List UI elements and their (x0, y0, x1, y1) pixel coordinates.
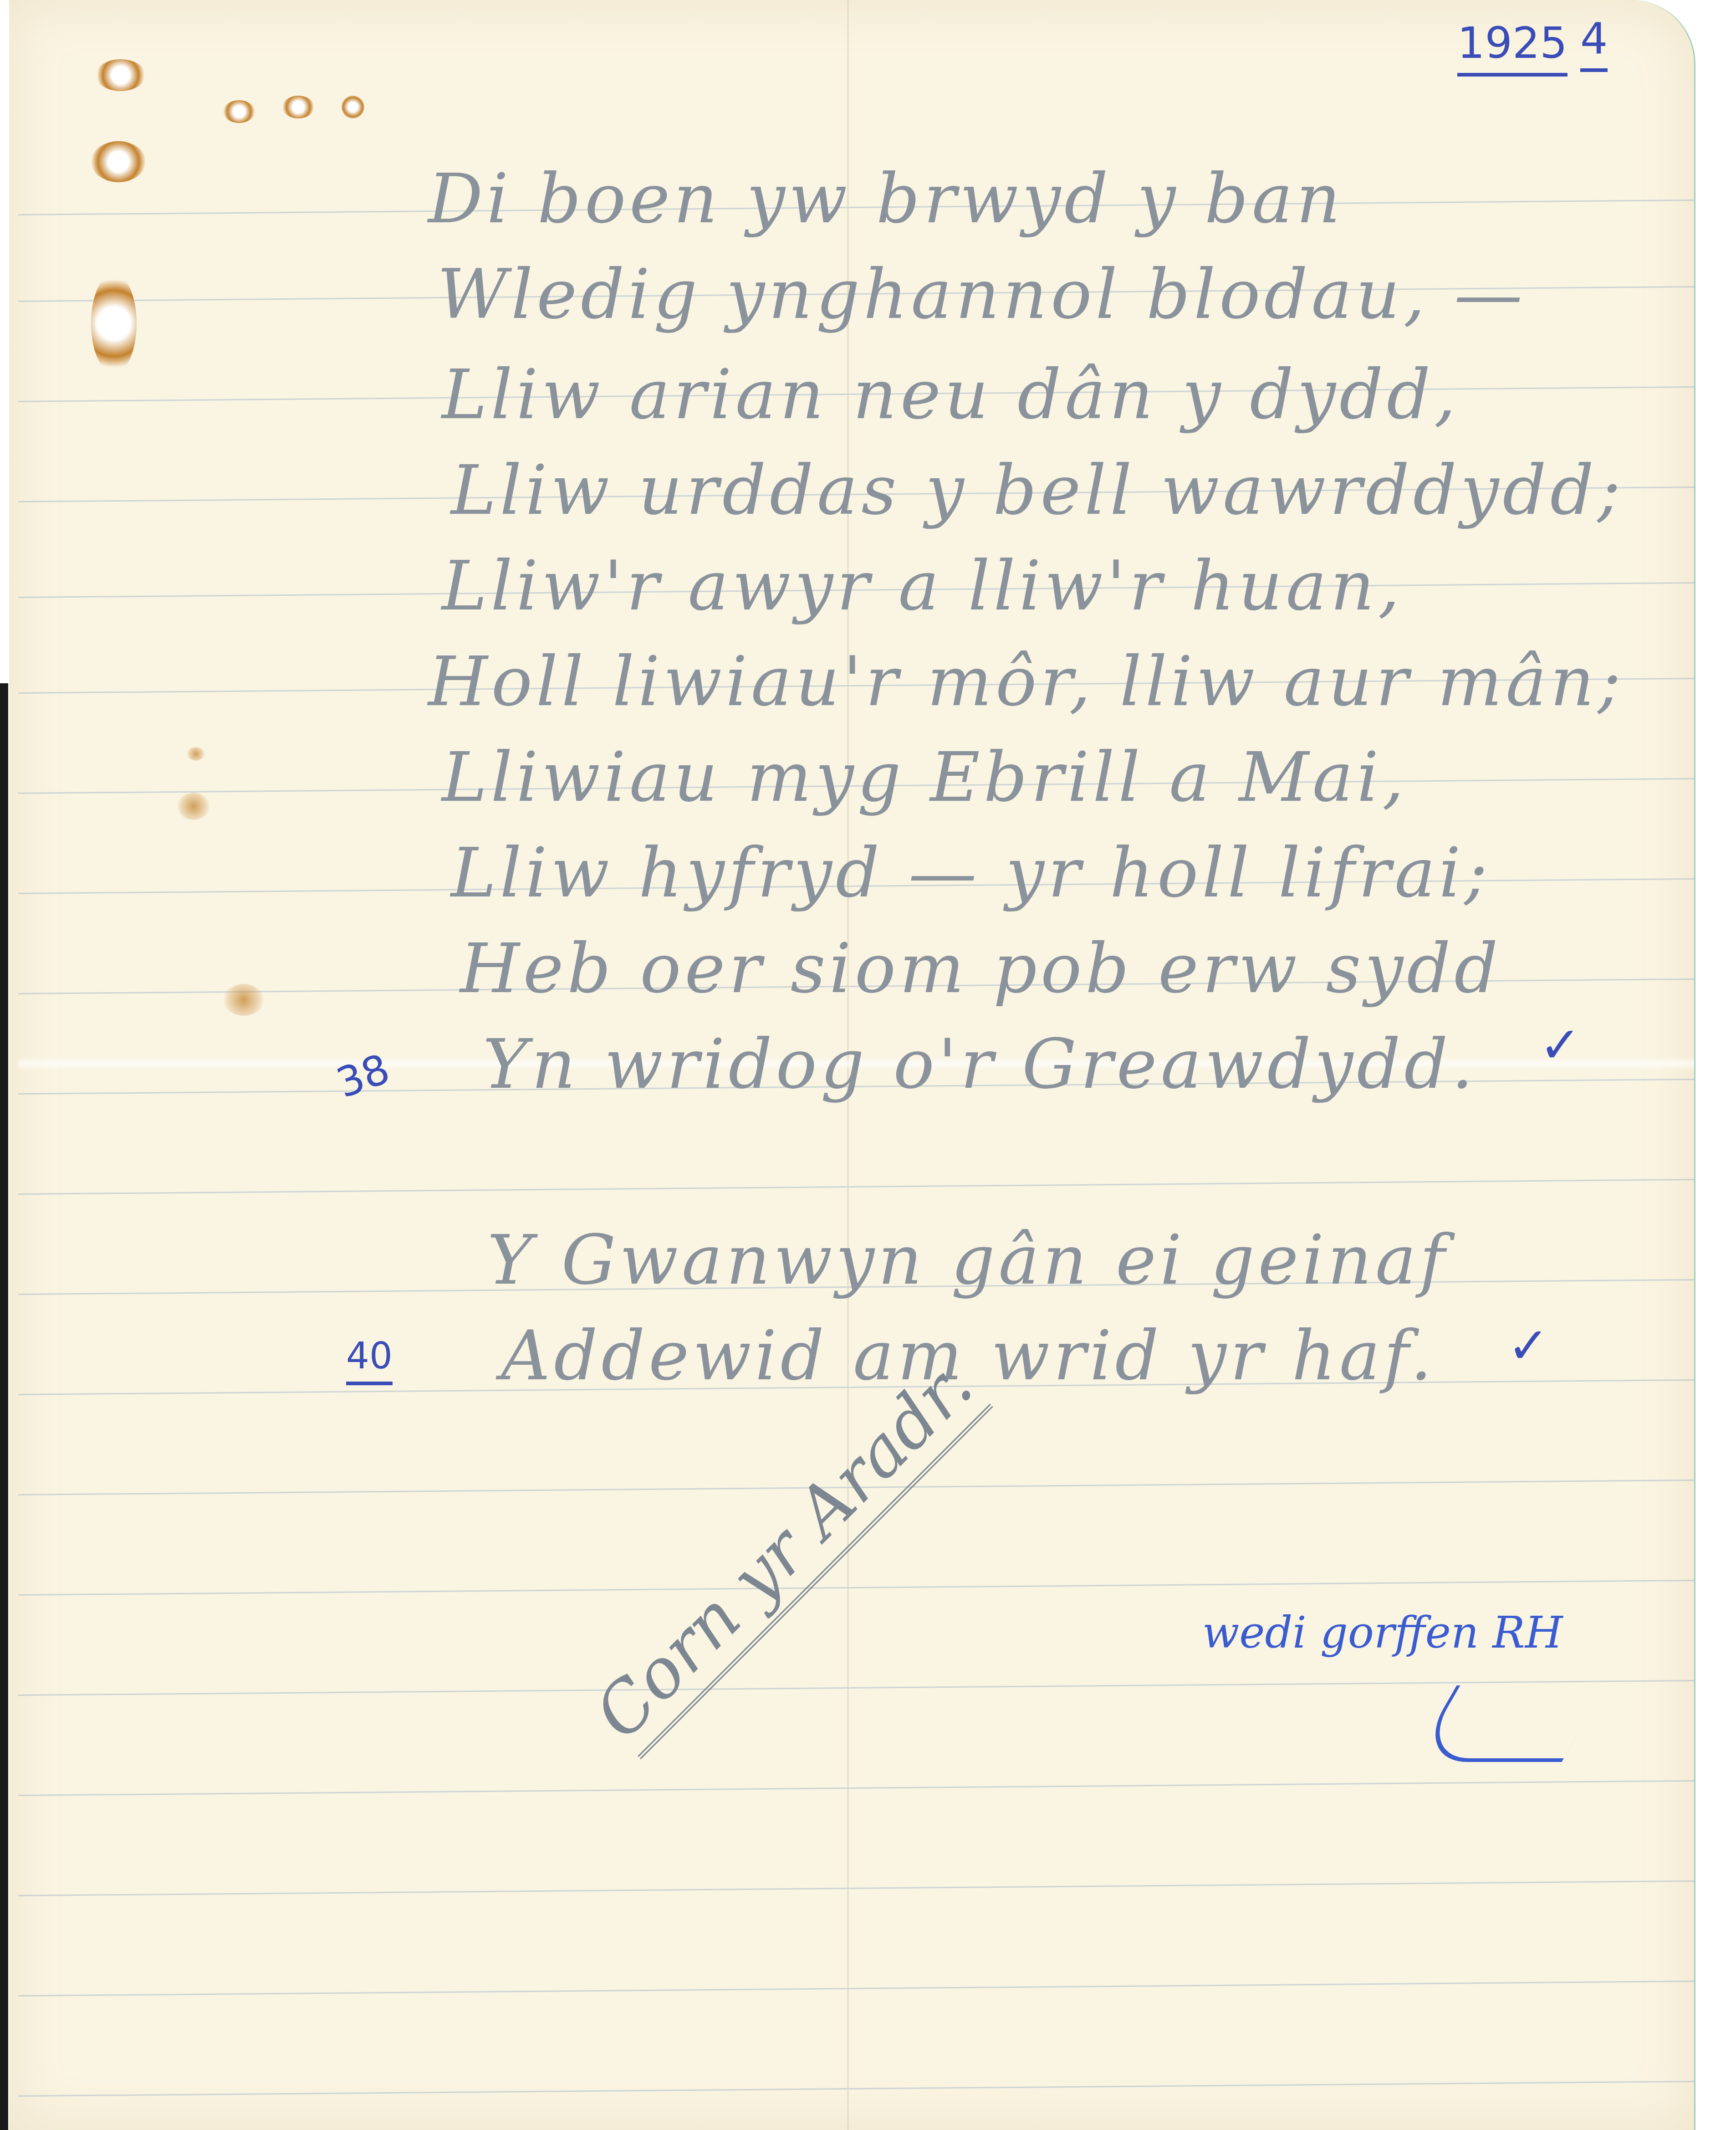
rust-hole (91, 273, 137, 374)
rust-hole (96, 59, 146, 91)
poem-line: Lliwiau myg Ebrill a Mai, (442, 738, 1408, 817)
check-mark-icon: ✓ (1507, 1316, 1549, 1375)
line-count-annotation: 40 (346, 1335, 393, 1385)
ruled-line (18, 1780, 1694, 1796)
ruled-line (18, 1880, 1694, 1896)
poem-line: Lliw'r awyr a lliw'r huan, (442, 547, 1404, 626)
page-number: 4 (1580, 14, 1608, 72)
check-mark-icon: ✓ (1539, 1016, 1581, 1075)
ruled-line (18, 1179, 1694, 1195)
ruled-line (18, 1680, 1694, 1696)
poem-line: Lliw hyfryd — yr holl lifrai; (451, 834, 1491, 913)
poem-line: Lliw urddas y bell wawrddydd; (451, 451, 1624, 530)
ruled-line (18, 1981, 1694, 1997)
poem-line: Holl liwiau'r môr, lliw aur mân; (428, 642, 1624, 722)
year-annotation: 1925 (1457, 18, 1568, 77)
poem-line: Di boen yw brwyd y ban (428, 159, 1344, 239)
rust-stain (178, 793, 209, 820)
couplet-line: Y Gwanwyn gân ei geinaf (487, 1221, 1449, 1300)
poem-line: Wledig ynghannol blodau, — (437, 255, 1526, 334)
poem-line: Yn wridog o'r Greawdydd. (483, 1025, 1477, 1104)
ruled-line (18, 1580, 1694, 1596)
ruled-line (18, 2081, 1694, 2097)
rust-hole (282, 96, 314, 118)
rust-hole (223, 100, 255, 123)
rust-stain (187, 747, 205, 761)
poem-line: Lliw arian neu dân y dydd, (442, 355, 1460, 435)
signature-note: wedi gorffen RH (1202, 1608, 1563, 1658)
torn-left-edge (0, 683, 8, 2130)
rust-hole (342, 96, 364, 118)
rust-stain (223, 984, 264, 1016)
rust-hole (91, 141, 146, 182)
poem-line: Heb oer siom pob erw sydd (460, 929, 1501, 1009)
